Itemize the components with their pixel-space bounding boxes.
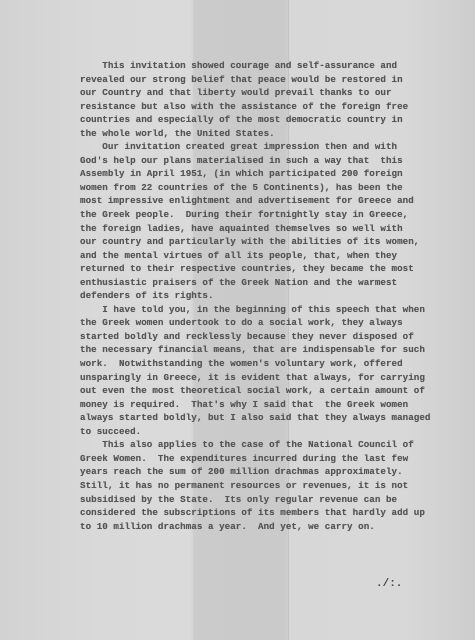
- continuation-mark: ./:.: [376, 578, 402, 590]
- paper-page: This invitation showed courage and self-…: [0, 0, 475, 640]
- text-line: to succeed.: [80, 425, 430, 439]
- text-line: Assembly in April 1951, (in which partic…: [80, 167, 430, 181]
- text-line: unsparingly in Greece, it is evident tha…: [80, 371, 430, 385]
- text-line: out even the most theoretical social wor…: [80, 384, 430, 398]
- text-line: our country and particularly with the ab…: [80, 235, 430, 249]
- paragraph-national-council: This also applies to the case of the Nat…: [80, 438, 430, 533]
- text-line: Still, it has no permanent resources or …: [80, 479, 430, 493]
- typewritten-text-body: This invitation showed courage and self-…: [80, 59, 430, 533]
- text-line: work. Notwithstanding the women's volunt…: [80, 357, 430, 371]
- text-line: resistance but also with the assistance …: [80, 100, 430, 114]
- text-line: our Country and that liberty would preva…: [80, 86, 430, 100]
- text-line: started boldly and recklessly because th…: [80, 330, 430, 344]
- paragraph-social-work-funding: I have told you, in the beginning of thi…: [80, 303, 430, 438]
- text-line: the Greek women undertook to do a social…: [80, 316, 430, 330]
- text-line: This also applies to the case of the Nat…: [80, 438, 430, 452]
- text-line: subsidised by the State. Its only regula…: [80, 493, 430, 507]
- text-line: to 10 million drachmas a year. And yet, …: [80, 520, 430, 534]
- text-line: the foreign ladies, have aquainted thems…: [80, 222, 430, 236]
- paragraph-assembly-1951: Our invitation created great impression …: [80, 140, 430, 303]
- text-line: God's help our plans materialised in suc…: [80, 154, 430, 168]
- text-line: revealed our strong belief that peace wo…: [80, 73, 430, 87]
- text-line: and the mental virtues of all its people…: [80, 249, 430, 263]
- text-line: the whole world, the United States.: [80, 127, 430, 141]
- text-line: always started boldly, but I also said t…: [80, 411, 430, 425]
- text-line: This invitation showed courage and self-…: [80, 59, 430, 73]
- paragraph-invitation-courage: This invitation showed courage and self-…: [80, 59, 430, 140]
- text-line: money is required. That's why I said tha…: [80, 398, 430, 412]
- text-line: most impressive enlightment and advertis…: [80, 194, 430, 208]
- text-line: Greek Women. The expenditures incurred d…: [80, 452, 430, 466]
- text-line: Our invitation created great impression …: [80, 140, 430, 154]
- text-line: returned to their respective countries, …: [80, 262, 430, 276]
- text-line: years reach the sum of 200 million drach…: [80, 465, 430, 479]
- text-line: the Greek people. During their fortnight…: [80, 208, 430, 222]
- text-line: enthusiastic praisers of the Greek Natio…: [80, 276, 430, 290]
- text-line: the necessary financial means, that are …: [80, 343, 430, 357]
- text-line: considered the subscriptions of its memb…: [80, 506, 430, 520]
- text-line: countries and especially of the most dem…: [80, 113, 430, 127]
- text-line: defenders of its rights.: [80, 289, 430, 303]
- text-line: I have told you, in the beginning of thi…: [80, 303, 430, 317]
- text-line: women from 22 countries of the 5 Contine…: [80, 181, 430, 195]
